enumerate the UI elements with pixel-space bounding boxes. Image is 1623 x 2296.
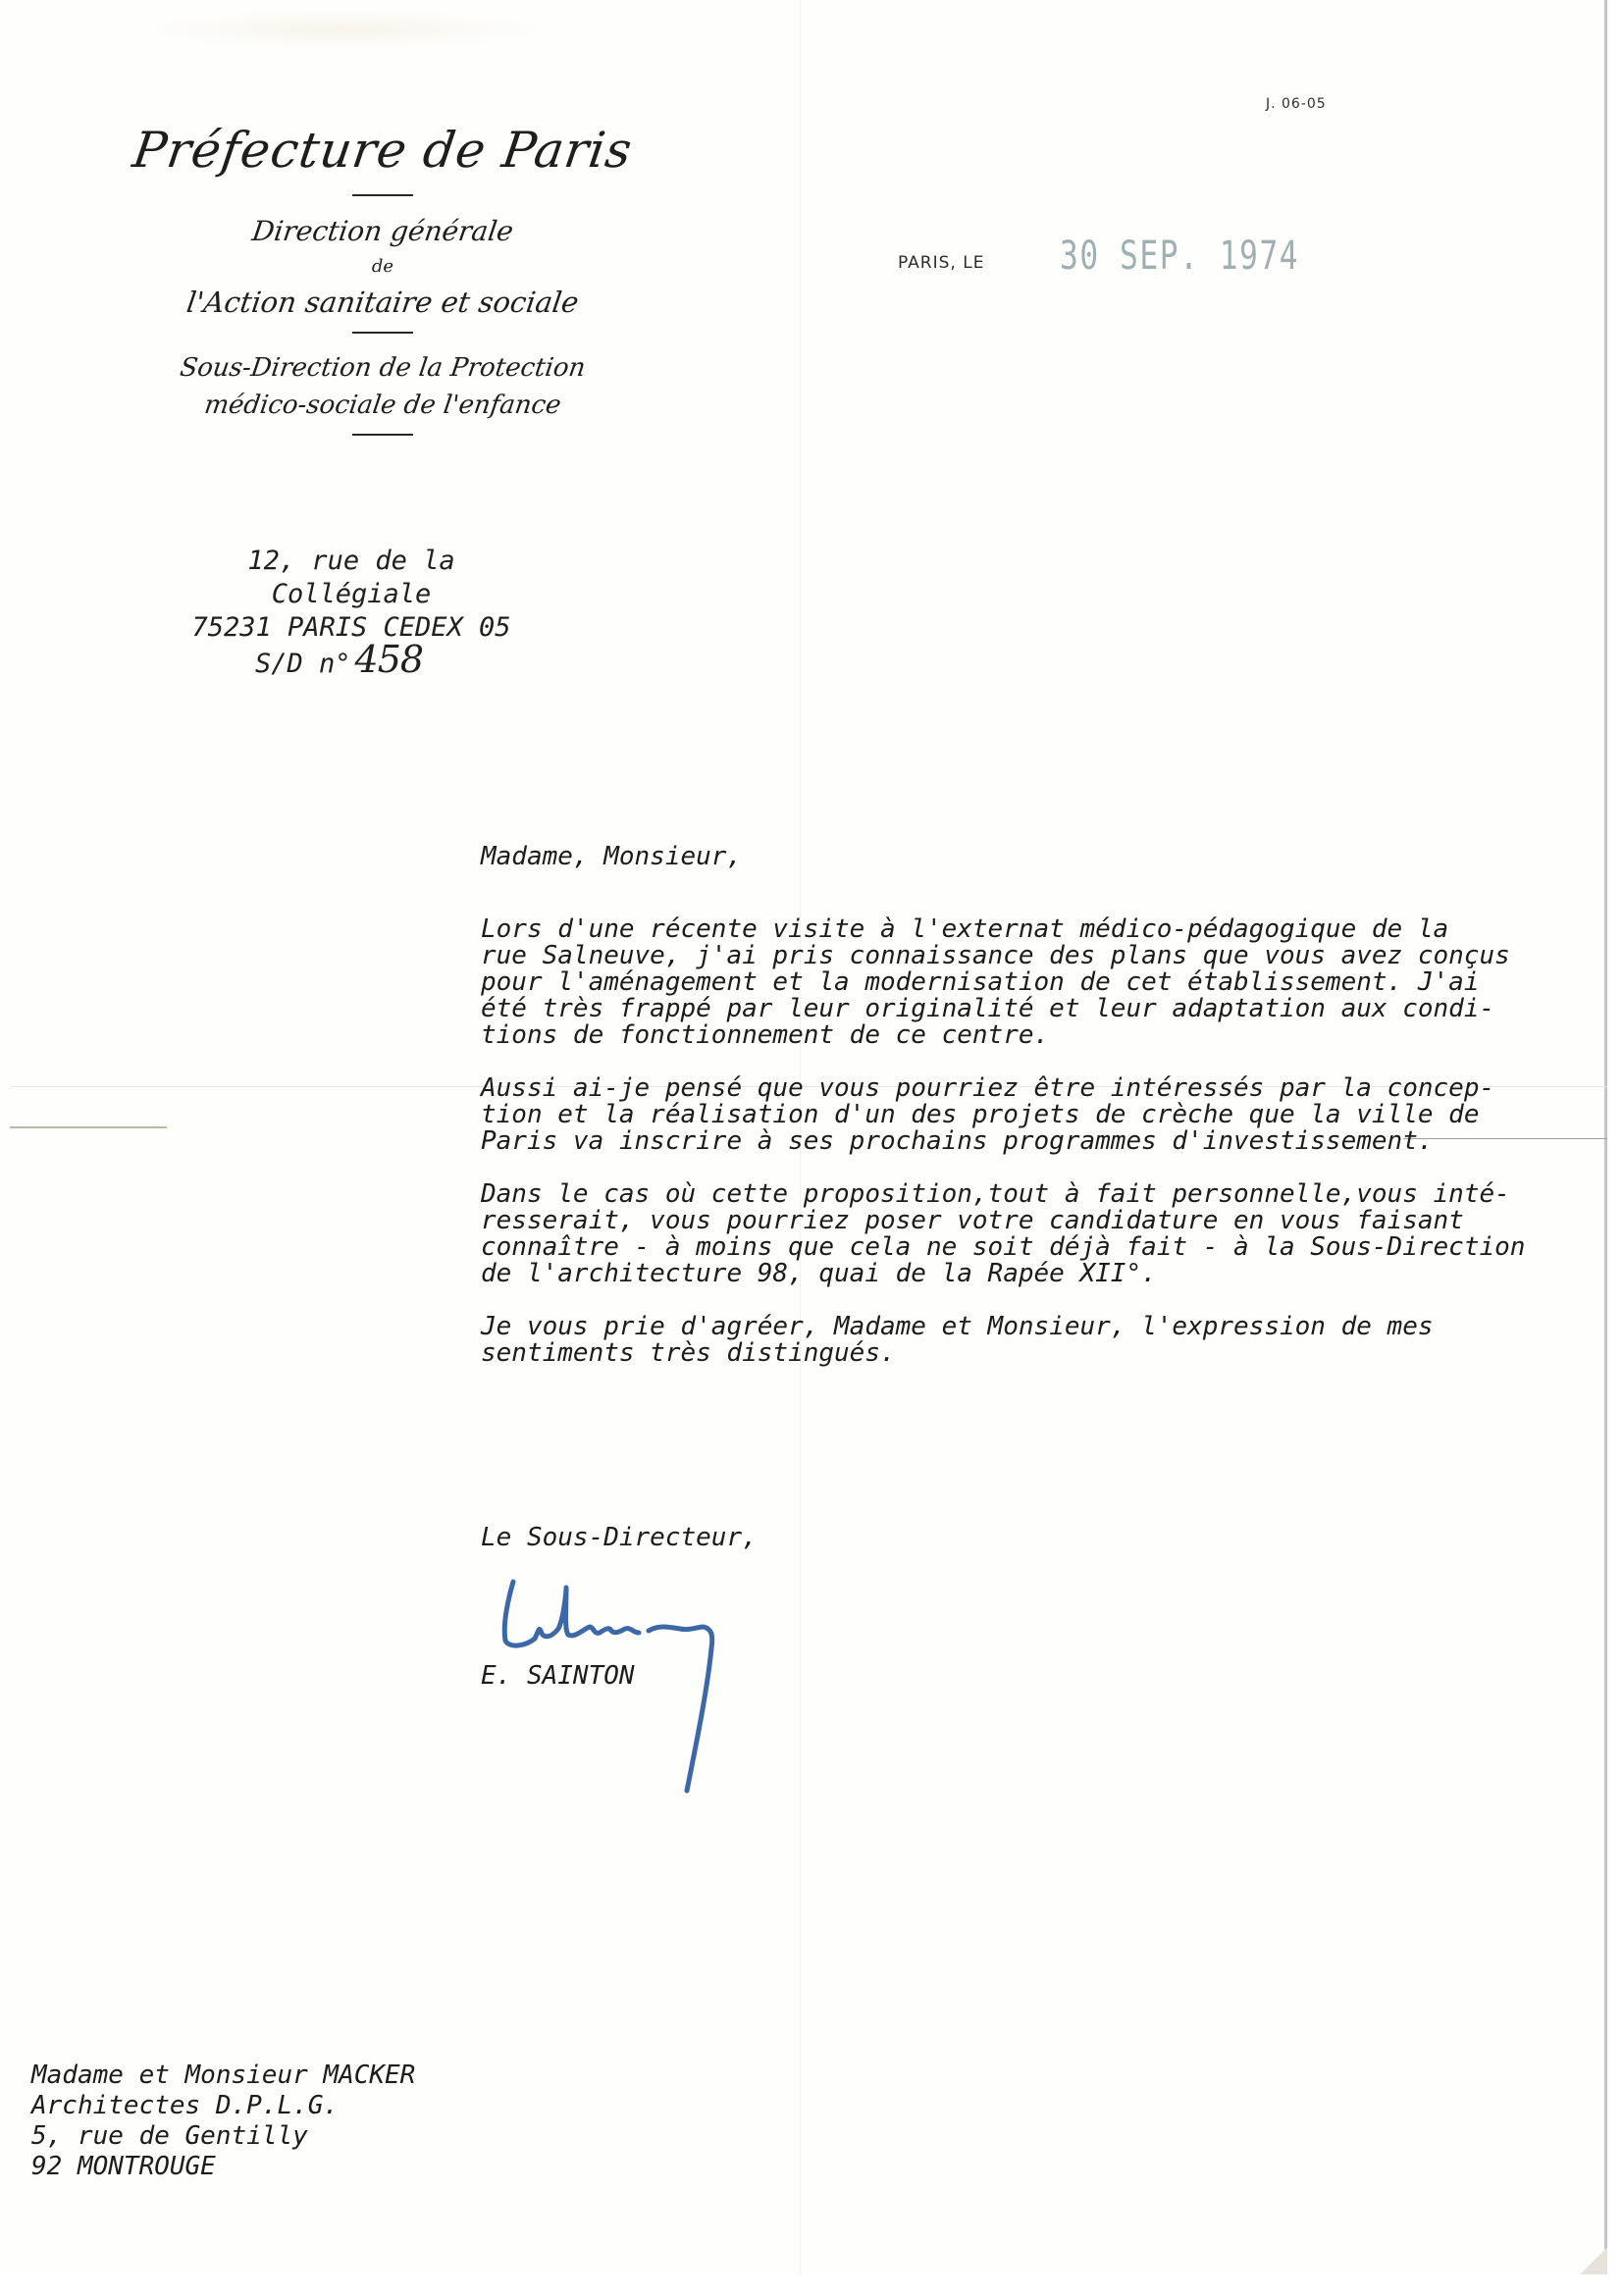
date-stamp: 30 SEP. 1974 [1060, 234, 1299, 279]
sender-street: 12, rue de la Collégiale [175, 545, 528, 611]
body-paragraph: Lors d'une récente visite à l'externat m… [481, 916, 1599, 1049]
letterhead-direction: Direction générale [105, 212, 660, 251]
body-paragraph: Je vous prie d'agréer, Madame et Monsieu… [481, 1314, 1599, 1367]
dateline-place: PARIS, LE [898, 253, 984, 273]
letterhead-divider [352, 434, 413, 436]
reference-number: 458 [355, 638, 424, 681]
letterhead-enfance: médico-sociale de l'enfance [105, 387, 659, 424]
letterhead: Préfecture de Paris Direction générale d… [108, 116, 657, 451]
body-paragraphs: Lors d'une récente visite à l'externat m… [481, 916, 1599, 1367]
body-line: Dans le cas où cette proposition,tout à … [481, 1181, 1599, 1208]
paper-stain [137, 10, 550, 49]
body-line: Paris va inscrire à ses prochains progra… [481, 1128, 1599, 1155]
salutation: Madame, Monsieur, [481, 844, 1599, 870]
recipient-line: Architectes D.P.L.G. [31, 2091, 415, 2121]
page-corner-curl [1580, 2247, 1607, 2274]
letterhead-de: de [108, 251, 657, 283]
recipient-line: Madame et Monsieur MACKER [31, 2061, 415, 2091]
body-line: tion et la réalisation d'un des projets … [481, 1102, 1599, 1128]
body-line: sentiments très distingués. [481, 1340, 1599, 1367]
letter-body: Madame, Monsieur, Lors d'une récente vis… [481, 844, 1599, 1393]
letterhead-divider [352, 194, 413, 196]
body-line: resserait, vous pourriez poser votre can… [481, 1208, 1599, 1234]
letterhead-divider [352, 332, 413, 334]
letter-page: Préfecture de Paris Direction générale d… [0, 0, 1607, 2274]
recipient-line: 92 MONTROUGE [31, 2152, 415, 2182]
body-line: Je vous prie d'agréer, Madame et Monsieu… [481, 1314, 1599, 1340]
body-line: de l'architecture 98, quai de la Rapée X… [481, 1261, 1599, 1287]
scan-margin [1610, 0, 1623, 2296]
recipient-address: Madame et Monsieur MACKERArchitectes D.P… [31, 2061, 415, 2182]
body-line: tions de fonctionnement de ce centre. [481, 1022, 1599, 1049]
file-code: J. 06-05 [1266, 96, 1327, 112]
body-line: pour l'aménagement et la modernisation d… [481, 969, 1599, 996]
sender-address: 12, rue de la Collégiale 75231 PARIS CED… [175, 545, 528, 645]
body-paragraph: Dans le cas où cette proposition,tout à … [481, 1181, 1599, 1287]
signer-name: E. SAINTON [481, 1661, 635, 1691]
letterhead-title: Préfecture de Paris [103, 116, 662, 184]
closing-title: Le Sous-Directeur, [481, 1523, 758, 1552]
body-line: connaître - à moins que cela ne soit déj… [481, 1234, 1599, 1261]
reference-line: S/D n°458 [255, 638, 423, 681]
body-line: Aussi ai-je pensé que vous pourriez être… [481, 1075, 1599, 1102]
letterhead-sous-direction: Sous-Direction de la Protection [105, 349, 659, 387]
body-line: été très frappé par leur originalité et … [481, 996, 1599, 1022]
left-fold-mark [10, 1126, 167, 1128]
letterhead-action-sociale: l'Action sanitaire et sociale [105, 283, 660, 322]
recipient-line: 5, rue de Gentilly [31, 2121, 415, 2152]
reference-label: S/D n° [255, 649, 351, 679]
body-line: rue Salneuve, j'ai pris connaissance des… [481, 943, 1599, 969]
body-paragraph: Aussi ai-je pensé que vous pourriez être… [481, 1075, 1599, 1155]
body-line: Lors d'une récente visite à l'externat m… [481, 916, 1599, 943]
